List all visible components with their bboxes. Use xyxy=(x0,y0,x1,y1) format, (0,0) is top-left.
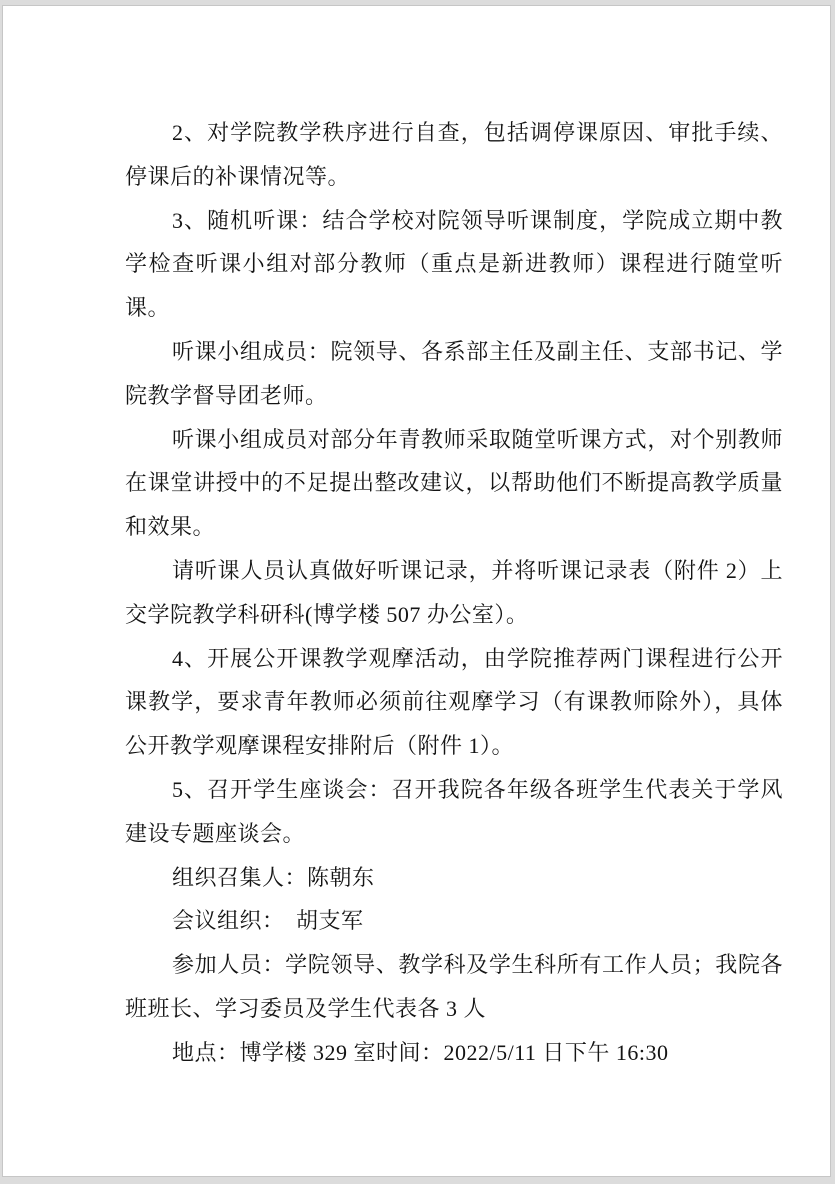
paragraph-random-listening: 3、随机听课：结合学校对院领导听课制度，学院成立期中教学检查听课小组对部分教师（… xyxy=(125,199,783,330)
document-page: 2、对学院教学秩序进行自查，包括调停课原因、审批手续、停课后的补课情况等。 3、… xyxy=(2,5,831,1177)
paragraph-open-class: 4、开展公开课教学观摩活动，由学院推荐两门课程进行公开课教学，要求青年教师必须前… xyxy=(125,637,783,768)
paragraph-record-submit: 请听课人员认真做好听课记录，并将听课记录表（附件 2）上交学院教学科研科(博学楼… xyxy=(125,549,783,637)
paragraph-self-check: 2、对学院教学秩序进行自查，包括调停课原因、审批手续、停课后的补课情况等。 xyxy=(125,111,783,199)
paragraph-organizer: 组织召集人：陈朝东 xyxy=(125,856,783,900)
document-content: 2、对学院教学秩序进行自查，包括调停课原因、审批手续、停课后的补课情况等。 3、… xyxy=(3,6,830,1075)
paragraph-group-members: 听课小组成员：院领导、各系部主任及副主任、支部书记、学院教学督导团老师。 xyxy=(125,330,783,418)
paragraph-participants: 参加人员：学院领导、教学科及学生科所有工作人员；我院各班班长、学习委员及学生代表… xyxy=(125,943,783,1031)
paragraph-group-method: 听课小组成员对部分年青教师采取随堂听课方式，对个别教师在课堂讲授中的不足提出整改… xyxy=(125,418,783,549)
paragraph-meeting-organizer: 会议组织： 胡支军 xyxy=(125,899,783,943)
paragraph-location-time: 地点：博学楼 329 室时间：2022/5/11 日下午 16:30 xyxy=(125,1031,783,1075)
document-viewer-background: 2、对学院教学秩序进行自查，包括调停课原因、审批手续、停课后的补课情况等。 3、… xyxy=(0,0,835,1184)
paragraph-student-forum: 5、召开学生座谈会：召开我院各年级各班学生代表关于学风建设专题座谈会。 xyxy=(125,768,783,856)
